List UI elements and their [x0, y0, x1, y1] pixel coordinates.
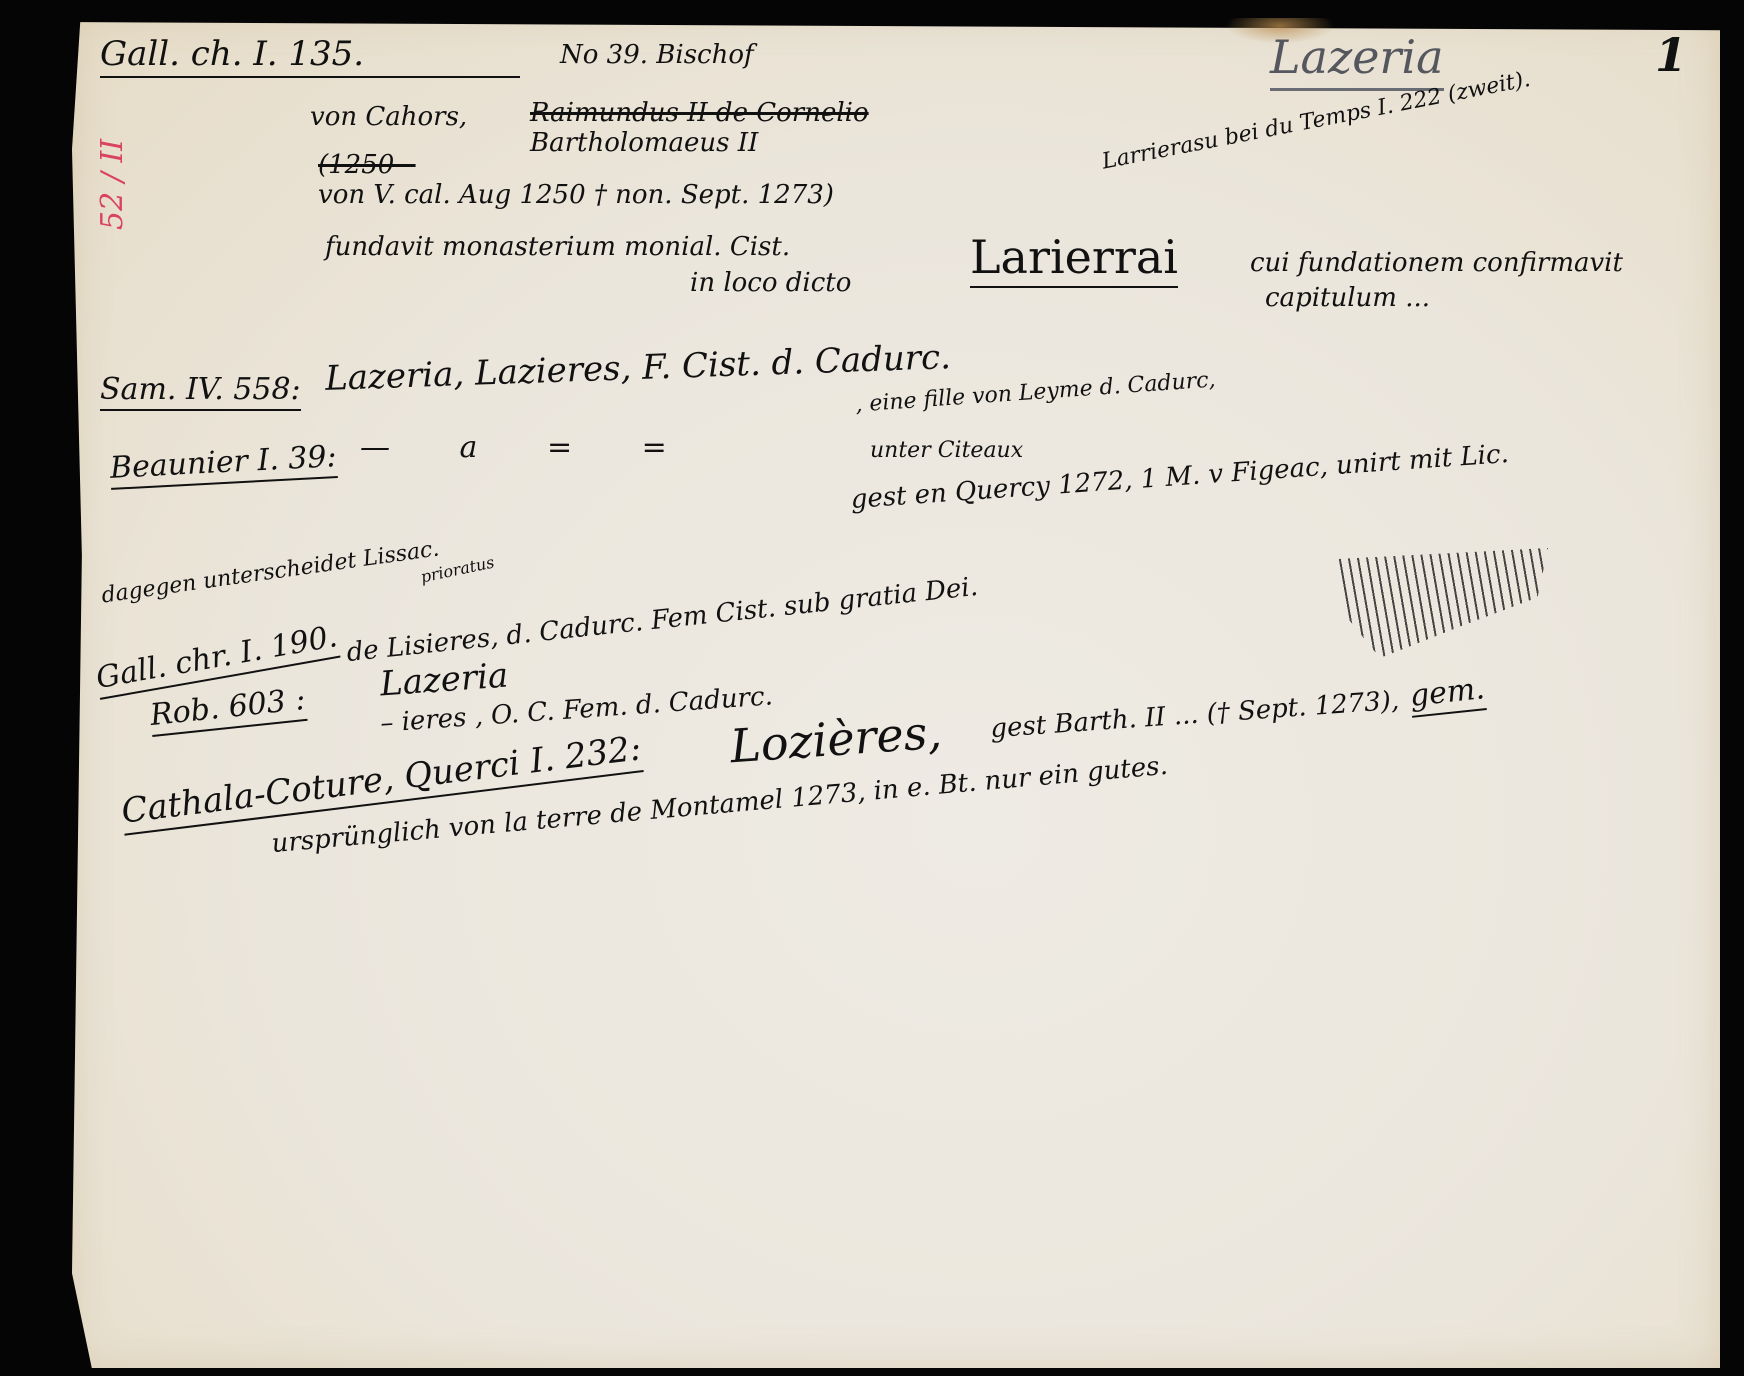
entry-line: in loco dicto	[690, 268, 851, 298]
entry-line: Bartholomaeus II	[530, 128, 758, 158]
red-margin-mark: 52 / II	[95, 139, 130, 230]
page-title-pencil: Lazeria	[1270, 30, 1444, 91]
ditto-marks: — a = =	[360, 430, 667, 465]
entry-continuation: cui fundationem confirmavit	[1250, 248, 1623, 278]
entry-source-sam: Sam. IV. 558:	[100, 372, 301, 411]
struck-text: Raimundus II de Cornelio	[530, 98, 869, 128]
entry-line: No 39. Bischof	[560, 40, 754, 70]
highlight-name: Larierrai	[970, 230, 1178, 288]
entry-continuation: capitulum ...	[1265, 283, 1430, 313]
entry-note: unter Citeaux	[870, 438, 1023, 463]
struck-text: (1250 –	[318, 150, 416, 180]
entry-line: fundavit monasterium monial. Cist.	[325, 232, 790, 262]
entry-line: von Cahors,	[310, 102, 467, 132]
entry-line: von V. cal. Aug 1250 † non. Sept. 1273)	[318, 180, 834, 210]
scan-edge-strip	[1744, 0, 1749, 1376]
folio-number: 1	[1655, 28, 1687, 82]
entry-tag: gem.	[1408, 671, 1487, 718]
entry-source-gall-ch: Gall. ch. I. 135.	[100, 34, 520, 78]
